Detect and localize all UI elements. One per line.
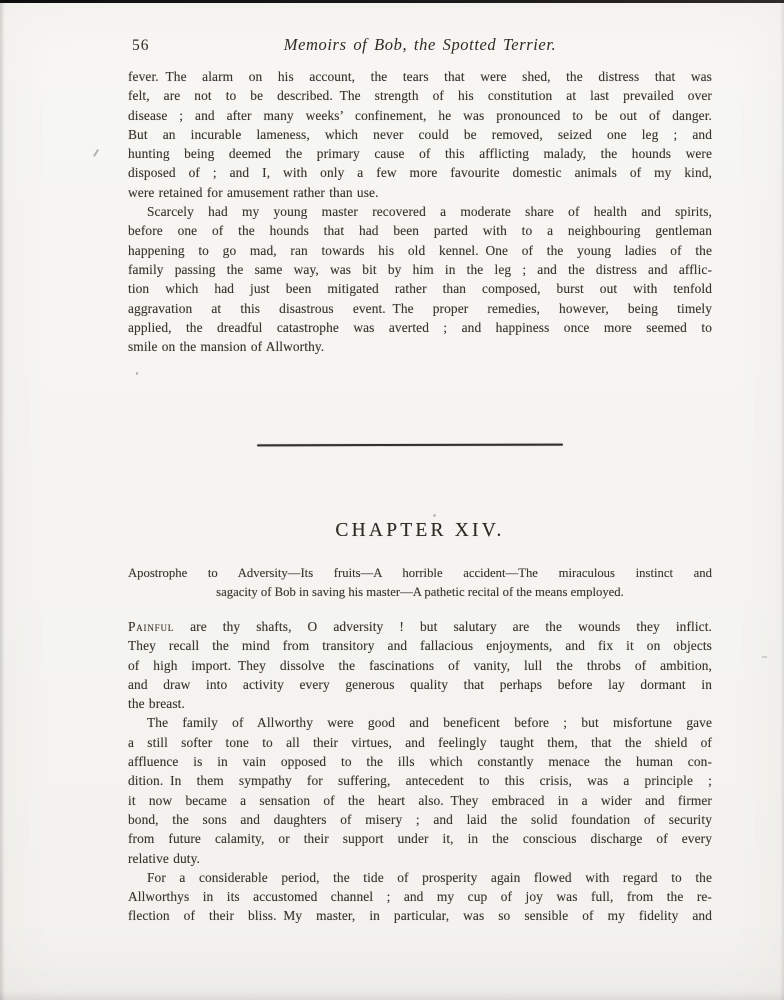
text-line: affluence is in vain opposed to the ills…: [128, 752, 712, 771]
text-line: it now became a sensation of the heart a…: [128, 791, 712, 810]
scan-speck: [136, 372, 138, 375]
scan-edge-bottom: [0, 991, 784, 1000]
text-line: flection of their bliss. My master, in p…: [128, 906, 712, 925]
chapter-summary-line: Apostrophe to Adversity—Its fruits—A hor…: [128, 564, 712, 583]
text-line: dition. In them sympathy for suffering, …: [128, 771, 712, 790]
text-line: The family of Allworthy were good and be…: [128, 713, 712, 732]
text-line: Scarcely had my young master recovered a…: [128, 202, 712, 221]
section-divider-rule: [257, 444, 563, 447]
text-line: relative duty.: [128, 849, 712, 868]
text-line: were retained for amusement rather than …: [128, 183, 712, 202]
chapter-summary: Apostrophe to Adversity—Its fruits—A hor…: [128, 564, 712, 602]
text-line: Allworthys in its accustomed channel ; a…: [128, 887, 712, 906]
text-line: family passing the same way, was bit by …: [128, 260, 712, 279]
scan-speck: [762, 656, 767, 658]
book-page-scan: 56 Memoirs of Bob, the Spotted Terrier. …: [0, 0, 784, 1000]
text-line: smile on the mansion of Allworthy.: [128, 337, 712, 356]
text-line: a still softer tone to all their virtues…: [128, 733, 712, 752]
text-line: before one of the hounds that had been p…: [128, 221, 712, 240]
text-line: disposed of ; and I, with only a few mor…: [128, 163, 712, 182]
text-line: the breast.: [128, 694, 712, 713]
chapter-heading: CHAPTER XIV.: [128, 520, 712, 542]
text-line: applied, the dreadful catastrophe was av…: [128, 318, 712, 337]
text-line: fever. The alarm on his account, the tea…: [128, 67, 712, 86]
small-caps-word: Painful: [128, 619, 174, 634]
text-line: from future calamity, or their support u…: [128, 829, 712, 848]
body-text-lower: Painful are thy shafts, O adversity ! bu…: [128, 617, 712, 926]
scan-speck: [433, 514, 436, 517]
body-text-upper: fever. The alarm on his account, the tea…: [128, 67, 712, 356]
text-line: Painful are thy shafts, O adversity ! bu…: [128, 617, 712, 636]
scan-speck: [93, 149, 99, 157]
text-line: felt, are not to be described. The stren…: [128, 86, 712, 105]
text-line: happening to go mad, ran towards his old…: [128, 241, 712, 260]
text-line: and draw into activity every generous qu…: [128, 675, 712, 694]
scan-edge-top: [0, 0, 784, 3]
text-line: disease ; and after many weeks’ confinem…: [128, 106, 712, 125]
text-line: bond, the sons and daughters of misery ;…: [128, 810, 712, 829]
text-line: For a considerable period, the tide of p…: [128, 868, 712, 887]
text-line: hunting being deemed the primary cause o…: [128, 144, 712, 163]
text-line: tion which had just been mitigated rathe…: [128, 279, 712, 298]
chapter-summary-line: sagacity of Bob in saving his master—A p…: [128, 583, 712, 602]
text-line: They recall the mind from transitory and…: [128, 636, 712, 655]
scan-edge-right: [780, 0, 784, 1000]
text-line: aggravation at this disastrous event. Th…: [128, 299, 712, 318]
scan-edge-left: [0, 0, 5, 1000]
text-line: of high import. They dissolve the fascin…: [128, 656, 712, 675]
text-line: But an incurable lameness, which never c…: [128, 125, 712, 144]
running-title: Memoirs of Bob, the Spotted Terrier.: [128, 35, 712, 55]
